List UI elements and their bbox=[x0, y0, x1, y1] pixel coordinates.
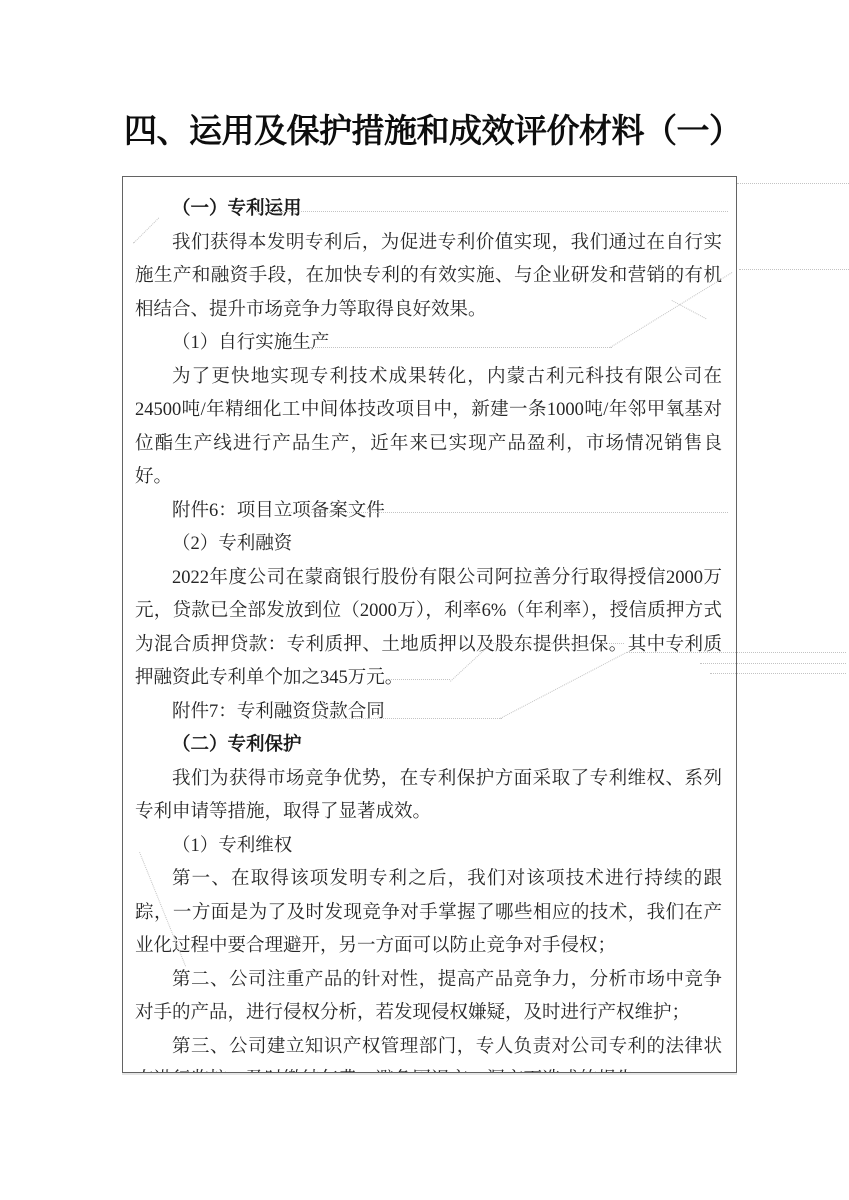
paragraph-patent-financing: 2022年度公司在蒙商银行股份有限公司阿拉善分行取得授信2000万元，贷款已全部… bbox=[135, 562, 722, 696]
paragraph-protection-intro: 我们为获得市场竞争优势，在专利保护方面采取了专利维权、系列专利申请等措施，取得了… bbox=[135, 763, 722, 830]
sub-heading-self-production: （1）自行实施生产 bbox=[135, 327, 722, 361]
scan-artifact-line bbox=[739, 269, 849, 270]
sub-heading-patent-financing: （2）专利融资 bbox=[135, 528, 722, 562]
section-heading-patent-use: （一）专利运用 bbox=[135, 193, 722, 227]
section-heading-patent-protection: （二）专利保护 bbox=[135, 729, 722, 763]
document-page: 四、运用及保护措施和成效评价材料（一） （一）专利运用 我们获得本发明专利后，为… bbox=[0, 0, 849, 1200]
page-title: 四、运用及保护措施和成效评价材料（一） bbox=[124, 110, 742, 152]
content-box: （一）专利运用 我们获得本发明专利后，为促进专利价值实现，我们通过在自行实施生产… bbox=[122, 176, 737, 1073]
paragraph-measure-second: 第二、公司注重产品的针对性，提高产品竞争力，分析市场中竞争对手的产品，进行侵权分… bbox=[135, 964, 722, 1031]
paragraph-self-production: 为了更快地实现专利技术成果转化，内蒙古利元科技有限公司在24500吨/年精细化工… bbox=[135, 361, 722, 495]
scan-artifact-line bbox=[737, 183, 849, 184]
attachment-reference-7: 附件7：专利融资贷款合同 bbox=[135, 696, 722, 730]
sub-heading-patent-rights: （1）专利维权 bbox=[135, 830, 722, 864]
paragraph-measure-first: 第一、在取得该项发明专利之后，我们对该项技术进行持续的跟踪，一方面是为了及时发现… bbox=[135, 863, 722, 964]
paragraph-patent-use-intro: 我们获得本发明专利后，为促进专利价值实现，我们通过在自行实施生产和融资手段，在加… bbox=[135, 227, 722, 328]
attachment-reference-6: 附件6：项目立项备案文件 bbox=[135, 495, 722, 529]
paragraph-measure-third: 第三、公司建立知识产权管理部门，专人负责对公司专利的法律状态进行监控，及时缴纳年… bbox=[135, 1031, 722, 1074]
